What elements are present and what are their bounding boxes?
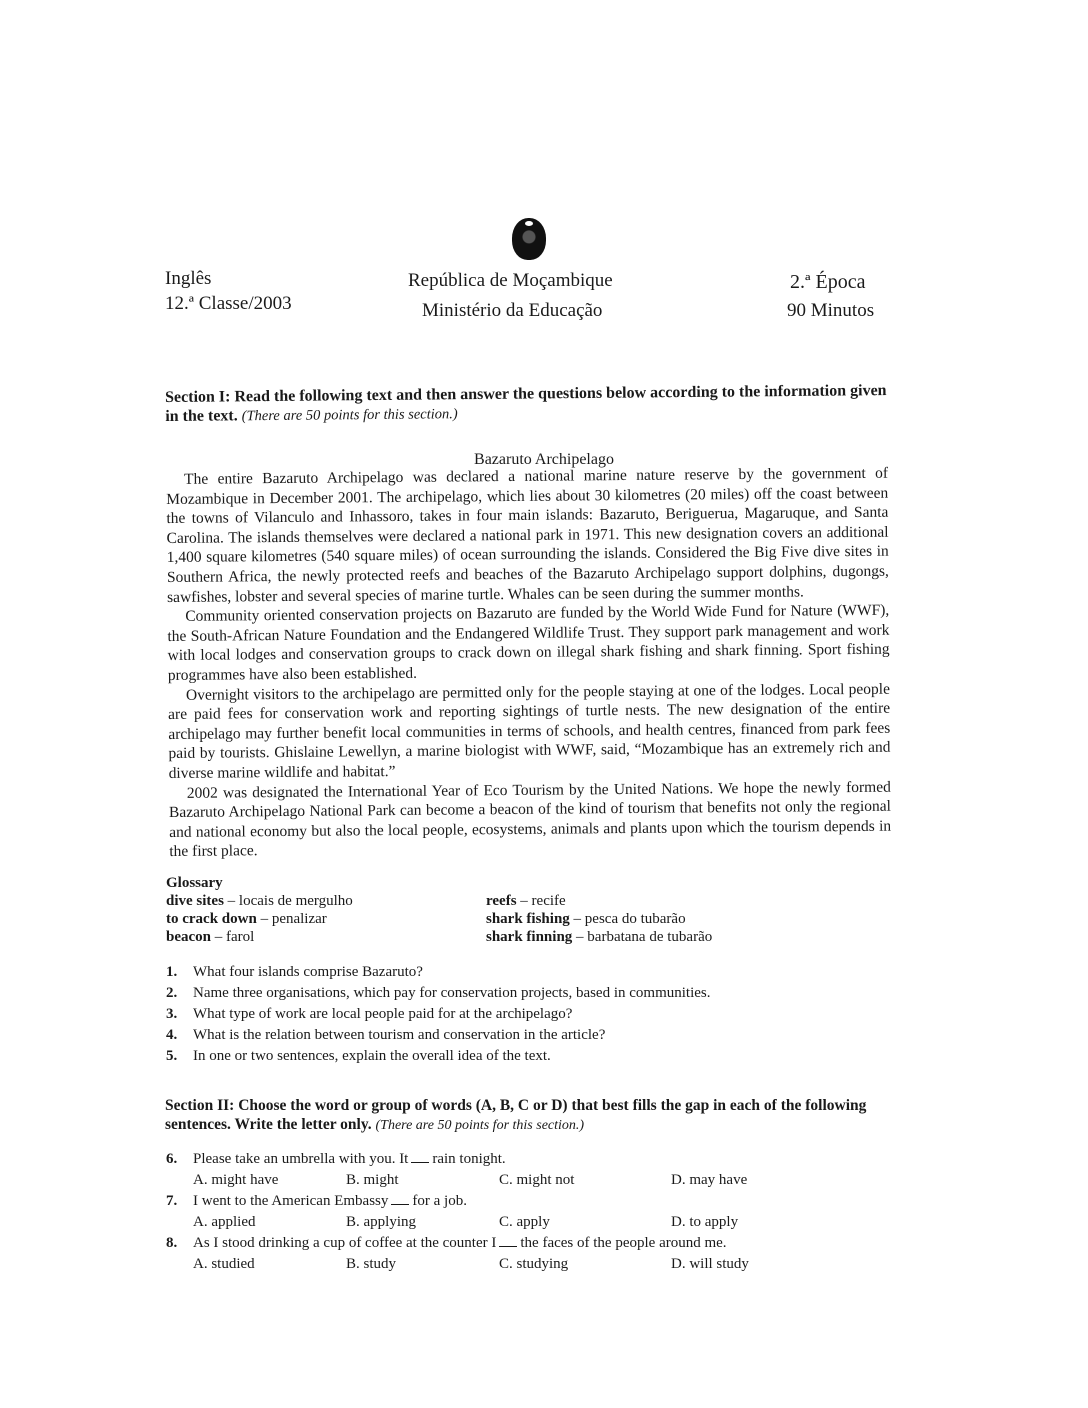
glossary-entry: shark finning – barbatana de tubarão — [486, 928, 806, 946]
glossary-definition: – locais de mergulho — [224, 893, 353, 909]
section2-instruction: Section II: Choose the word or group of … — [165, 1096, 890, 1135]
exam-duration: 90 Minutos — [787, 300, 874, 322]
option-a: A. studied — [193, 1256, 346, 1273]
mcq-text-before: Please take an umbrella with you. It — [193, 1151, 408, 1168]
gap-blank — [391, 1204, 409, 1205]
ministry: Ministério da Educação — [422, 300, 602, 322]
option-b: B. might — [346, 1172, 499, 1189]
option-d: D. will study — [671, 1256, 824, 1273]
section1-points-note: (There are 50 points for this section.) — [242, 406, 458, 424]
glossary-entry: shark fishing – pesca do tubarão — [486, 910, 806, 928]
option-c: C. studying — [499, 1256, 671, 1273]
question-item: 5.In one or two sentences, explain the o… — [166, 1048, 886, 1069]
question-item: 2.Name three organisations, which pay fo… — [166, 985, 886, 1006]
section1-instruction: Section I: Read the following text and t… — [165, 381, 890, 427]
mcq-text-after: rain tonight. — [432, 1151, 505, 1168]
question-number: 4. — [166, 1027, 193, 1044]
option-b: B. study — [346, 1256, 499, 1273]
subject: Inglês — [165, 268, 211, 290]
article-paragraph: 2002 was designated the International Ye… — [169, 777, 892, 862]
option-c: C. might not — [499, 1172, 671, 1189]
question-number: 1. — [166, 964, 193, 981]
option-d: D. to apply — [671, 1214, 824, 1231]
glossary-right-column: reefs – recife shark fishing – pesca do … — [486, 892, 806, 946]
mcq-number: 6. — [166, 1151, 193, 1168]
multiple-choice-items: 6. Please take an umbrella with you. Itr… — [166, 1151, 886, 1277]
glossary-left-column: dive sites – locais de mergulho to crack… — [166, 892, 486, 946]
mcq-text-before: As I stood drinking a cup of coffee at t… — [193, 1235, 496, 1252]
question-item: 3.What type of work are local people pai… — [166, 1006, 886, 1027]
country: República de Moçambique — [408, 270, 613, 292]
glossary: Glossary dive sites – locais de mergulho… — [166, 874, 806, 946]
gap-blank — [411, 1162, 429, 1163]
mcq-stem: 8. As I stood drinking a cup of coffee a… — [166, 1235, 886, 1256]
glossary-definition: – pesca do tubarão — [570, 911, 686, 927]
mozambique-emblem-icon — [512, 218, 546, 260]
glossary-term: shark finning — [486, 929, 572, 945]
glossary-term: reefs — [486, 893, 517, 909]
glossary-entry: reefs – recife — [486, 892, 806, 910]
option-a: A. might have — [193, 1172, 346, 1189]
mcq-text-after: for a job. — [412, 1193, 467, 1210]
section2-points-note: (There are 50 points for this section.) — [376, 1118, 585, 1133]
question-text: Name three organisations, which pay for … — [193, 985, 711, 1002]
question-text: What four islands comprise Bazaruto? — [193, 964, 423, 981]
option-c: C. apply — [499, 1214, 671, 1231]
mcq-options: A. applied B. applying C. apply D. to ap… — [166, 1214, 886, 1235]
question-number: 2. — [166, 985, 193, 1002]
glossary-entry: to crack down – penalizar — [166, 910, 486, 928]
mcq-text-after: the faces of the people around me. — [520, 1235, 726, 1252]
question-text: What is the relation between tourism and… — [193, 1027, 605, 1044]
article-paragraph: The entire Bazaruto Archipelago was decl… — [166, 464, 889, 607]
article-body: The entire Bazaruto Archipelago was decl… — [166, 464, 891, 862]
comprehension-questions: 1.What four islands comprise Bazaruto? 2… — [166, 964, 886, 1069]
option-a: A. applied — [193, 1214, 346, 1231]
question-item: 4.What is the relation between tourism a… — [166, 1027, 886, 1048]
option-d: D. may have — [671, 1172, 824, 1189]
gap-blank — [499, 1246, 517, 1247]
question-number: 3. — [166, 1006, 193, 1023]
glossary-definition: – barbatana de tubarão — [572, 929, 712, 945]
mcq-options: A. might have B. might C. might not D. m… — [166, 1172, 886, 1193]
mcq-stem: 6. Please take an umbrella with you. Itr… — [166, 1151, 886, 1172]
glossary-definition: – farol — [211, 929, 254, 945]
glossary-entry: dive sites – locais de mergulho — [166, 892, 486, 910]
glossary-term: shark fishing — [486, 911, 570, 927]
glossary-term: beacon — [166, 929, 211, 945]
glossary-definition: – penalizar — [257, 911, 327, 927]
option-b: B. applying — [346, 1214, 499, 1231]
grade-year: 12.ª Classe/2003 — [165, 293, 292, 315]
mcq-options: A. studied B. study C. studying D. will … — [166, 1256, 886, 1277]
mcq-text-before: I went to the American Embassy — [193, 1193, 388, 1210]
mcq-stem: 7. I went to the American Embassyfor a j… — [166, 1193, 886, 1214]
glossary-term: dive sites — [166, 893, 224, 909]
question-text: What type of work are local people paid … — [193, 1006, 572, 1023]
glossary-heading: Glossary — [166, 874, 806, 892]
article-paragraph: Overnight visitors to the archipelago ar… — [168, 679, 891, 783]
mcq-number: 8. — [166, 1235, 193, 1252]
question-item: 1.What four islands comprise Bazaruto? — [166, 964, 886, 985]
mcq-number: 7. — [166, 1193, 193, 1210]
article-paragraph: Community oriented conservation projects… — [167, 601, 890, 686]
exam-season: 2.ª Época — [790, 271, 866, 294]
question-text: In one or two sentences, explain the ove… — [193, 1048, 551, 1065]
glossary-term: to crack down — [166, 911, 257, 927]
glossary-entry: beacon – farol — [166, 928, 486, 946]
question-number: 5. — [166, 1048, 193, 1065]
glossary-definition: – recife — [517, 893, 566, 909]
